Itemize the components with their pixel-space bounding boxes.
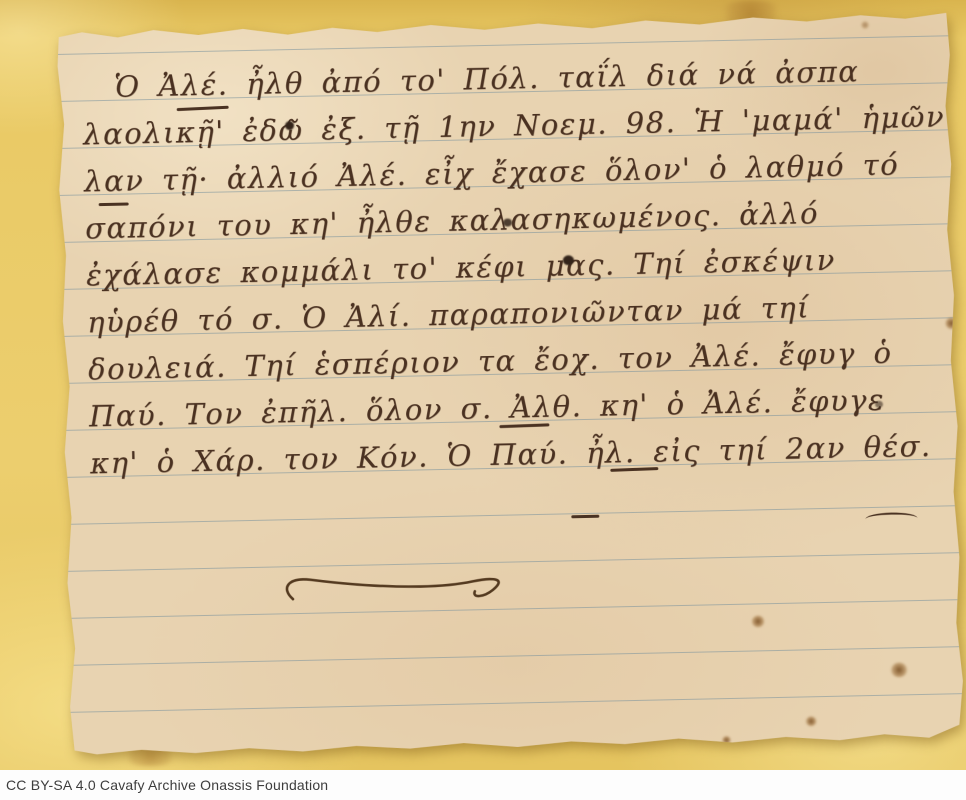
foxing-stain	[338, 750, 372, 759]
attribution-bar: CC BY-SA 4.0 Cavafy Archive Onassis Foun…	[0, 770, 966, 800]
foxing-stain	[722, 736, 731, 744]
closing-flourish	[274, 566, 525, 613]
license-text: CC BY-SA 4.0 Cavafy Archive Onassis Foun…	[0, 777, 328, 793]
manuscript-paper-wrapper: Ὁ Ἀλέ. ἦλθ ἀπό το' Πόλ. ταΐλ διά νά ἀσπα…	[55, 11, 965, 758]
foxing-stain	[945, 317, 957, 329]
photograph-background: Ὁ Ἀλέ. ἦλθ ἀπό το' Πόλ. ταΐλ διά νά ἀσπα…	[0, 0, 966, 770]
manuscript-paper: Ὁ Ἀλέ. ἦλθ ἀπό το' Πόλ. ταΐλ διά νά ἀσπα…	[55, 11, 965, 758]
